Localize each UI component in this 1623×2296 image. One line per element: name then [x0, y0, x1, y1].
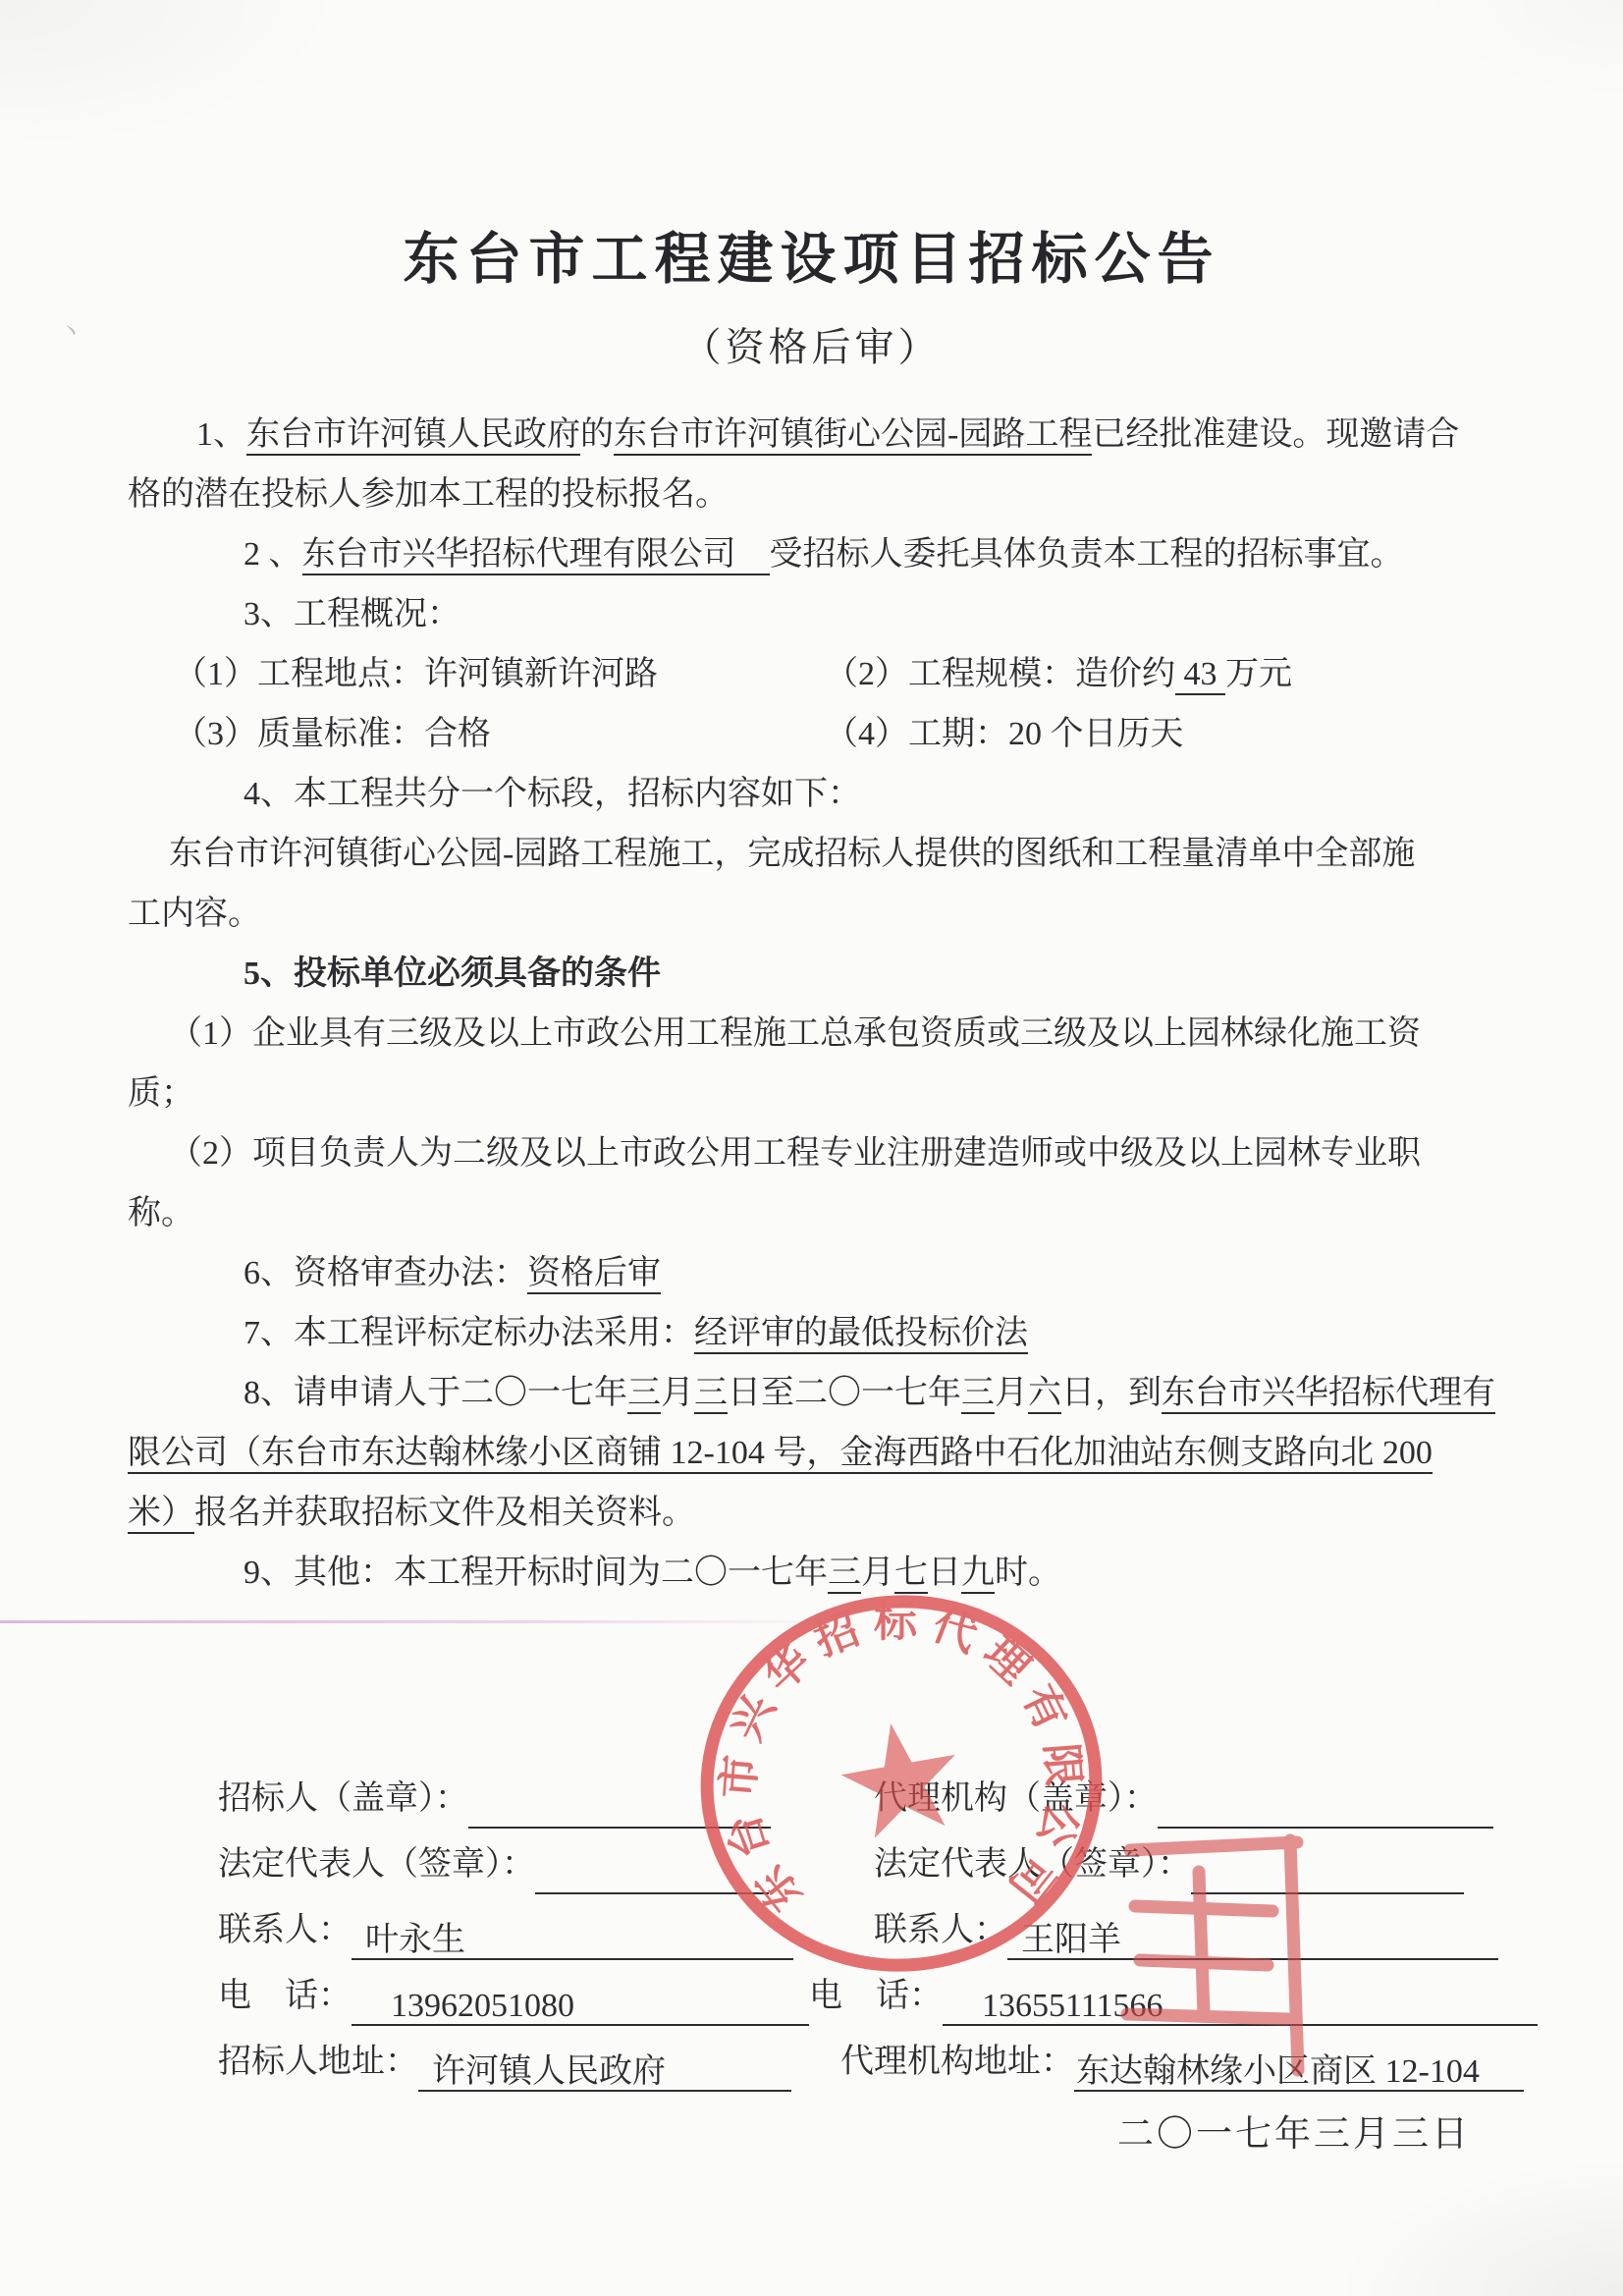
page-title: 东台市工程建设项目招标公告: [0, 214, 1623, 295]
text-segment: （4）工期：20 个日历天: [825, 716, 1184, 752]
bidder-address-field: 招标人地址：许河镇人民政府: [218, 2033, 840, 2099]
bidder-phone-value: 13962051080: [352, 1977, 809, 2026]
text-segment: 限公司（东台市东达翰林缘小区商铺 12-104 号，金海西路中石化加油站东侧支路…: [128, 1435, 1433, 1474]
bidder-address-label: 招标人地址：: [218, 2044, 418, 2080]
text-segment: 六: [1028, 1375, 1061, 1414]
agency-phone-value: 13655111566: [943, 1977, 1538, 2026]
text-segment: 4、本工程共分一个标段，招标内容如下：: [243, 776, 861, 812]
text-segment: 三: [627, 1375, 661, 1414]
text-segment: 受招标人委托具体负责本工程的招标事宜。: [770, 536, 1404, 573]
body-line: 8、请申请人于二〇一七年三月三日至二〇一七年三月六日，到东台市兴华招标代理有: [128, 1363, 1512, 1423]
signature-row: 招标人（盖章）： 代理机构（盖章）：: [218, 1770, 1524, 1835]
agency-seal-field: 代理机构（盖章）：: [874, 1770, 1524, 1835]
text-segment: 9、其他：本工程开标时间为二〇一七年: [243, 1555, 828, 1591]
body-line: （2）项目负责人为二级及以上市政公用工程专业注册建造师或中级及以上园林专业职: [128, 1123, 1512, 1183]
text-segment: 万元: [1225, 656, 1292, 692]
text-segment: 工内容。: [128, 896, 261, 932]
text-segment: 1、: [196, 416, 246, 453]
body-line: 3、工程概况：: [128, 584, 1512, 644]
body-line: 4、本工程共分一个标段，招标内容如下：: [128, 764, 1512, 824]
text-segment: 米）: [128, 1495, 194, 1534]
text-segment: 格的潜在投标人参加本工程的投标报名。: [128, 476, 729, 513]
signature-row: 联系人：叶永生 联系人：王阳羊: [218, 1901, 1524, 1967]
text-segment: 3、工程概况：: [243, 596, 460, 632]
text-segment: 日，到: [1061, 1375, 1162, 1411]
document-body: 1、东台市许河镇人民政府的东台市许河镇街心公园-园路工程已经批准建设。现邀请合格…: [128, 405, 1512, 1603]
agency-rep-label: 法定代表人（签章）：: [874, 1846, 1191, 1883]
text-segment: （1）企业具有三级及以上市政公用工程施工总承包资质或三级及以上园林绿化施工资: [169, 1015, 1421, 1052]
text-segment: 日: [928, 1555, 961, 1591]
text-segment: 三: [694, 1375, 728, 1414]
body-line: （1）工程地点：许河镇新许河路（2）工程规模：造价约 43 万元: [128, 644, 1512, 704]
body-line: 米）报名并获取招标文件及相关资料。: [128, 1483, 1512, 1543]
bidder-address-value: 许河镇人民政府: [418, 2043, 791, 2092]
text-segment: 经评审的最低投标价法: [694, 1315, 1028, 1354]
text-segment: 8、请申请人于二〇一七年: [243, 1375, 627, 1411]
body-line: 6、资格审查办法：资格后审: [128, 1243, 1512, 1303]
text-segment: （2）工程规模：造价约: [825, 656, 1175, 692]
bidder-rep-field: 法定代表人（签章）：: [218, 1835, 874, 1901]
bidder-phone-label: 电 话：: [218, 1978, 352, 2014]
text-segment: （1）工程地点：许河镇新许河路: [174, 656, 658, 692]
text-segment: 三: [961, 1375, 995, 1414]
document-date: 二〇一七年三月三日: [1117, 2104, 1471, 2157]
body-line: 2 、东台市兴华招标代理有限公司 受招标人委托具体负责本工程的招标事宜。: [128, 524, 1512, 584]
body-line: 质；: [128, 1064, 1512, 1123]
agency-contact-value: 王阳羊: [1007, 1911, 1498, 1960]
text-segment: 月: [661, 1375, 694, 1411]
body-line: 称。: [128, 1183, 1512, 1243]
signature-row: 招标人地址：许河镇人民政府 代理机构地址：东达翰林缘小区商区 12-104: [218, 2033, 1524, 2099]
text-segment: 东台市许河镇人民政府: [246, 416, 580, 456]
agency-seal-label: 代理机构（盖章）：: [874, 1780, 1158, 1817]
body-line: 5、投标单位必须具备的条件: [128, 944, 1512, 1004]
text-segment: 已经批准建设。现邀请合: [1092, 416, 1459, 453]
scan-crease-line: [0, 1620, 864, 1623]
text-segment: 东台市许河镇街心公园-园路工程施工，完成招标人提供的图纸和工程量清单中全部施: [169, 836, 1415, 872]
agency-rep-field: 法定代表人（签章）：: [874, 1835, 1524, 1901]
text-segment: 三: [828, 1555, 861, 1594]
text-segment: 资格后审: [527, 1255, 661, 1294]
agency-contact-field: 联系人：王阳羊: [874, 1901, 1524, 1967]
agency-contact-label: 联系人：: [874, 1912, 1007, 1948]
bidder-phone-field: 电 话：13962051080: [218, 1967, 809, 2033]
body-line: 限公司（东台市东达翰林缘小区商铺 12-104 号，金海西路中石化加油站东侧支路…: [128, 1423, 1512, 1483]
agency-rep-blank: [1191, 1849, 1464, 1894]
body-line: （1）企业具有三级及以上市政公用工程施工总承包资质或三级及以上园林绿化施工资: [128, 1004, 1512, 1064]
text-segment: 6、资格审查办法：: [243, 1255, 527, 1291]
text-segment: （3）质量标准：合格: [174, 716, 491, 752]
text-segment: 43: [1175, 656, 1225, 695]
signature-section: 招标人（盖章）： 代理机构（盖章）： 法定代表人（签章）： 法定代表人（签章）：…: [218, 1770, 1524, 2099]
body-column: （4）工期：20 个日历天: [825, 704, 1184, 764]
page-subtitle: （资格后审）: [0, 316, 1623, 372]
text-segment: 日至二〇一七年: [728, 1375, 961, 1411]
body-column: （3）质量标准：合格: [128, 704, 825, 764]
text-segment: （2）项目负责人为二级及以上市政公用工程专业注册建造师或中级及以上园林专业职: [169, 1135, 1421, 1172]
body-line: 1、东台市许河镇人民政府的东台市许河镇街心公园-园路工程已经批准建设。现邀请合: [128, 405, 1512, 465]
text-segment: 2 、: [243, 536, 302, 573]
text-segment: 的: [580, 416, 614, 453]
bidder-seal-field: 招标人（盖章）：: [218, 1770, 874, 1835]
bidder-contact-label: 联系人：: [218, 1912, 352, 1948]
body-line: 7、本工程评标定标办法采用：经评审的最低投标价法: [128, 1303, 1512, 1363]
scanned-document-page: 丶 东台市工程建设项目招标公告 （资格后审） 1、东台市许河镇人民政府的东台市许…: [0, 0, 1623, 2296]
body-line: （3）质量标准：合格（4）工期：20 个日历天: [128, 704, 1512, 764]
text-segment: 七: [894, 1555, 928, 1594]
agency-seal-blank: [1158, 1783, 1493, 1829]
agency-phone-label: 电 话：: [809, 1978, 943, 2014]
agency-address-value: 东达翰林缘小区商区 12-104: [1074, 2043, 1524, 2092]
signature-row: 法定代表人（签章）： 法定代表人（签章）：: [218, 1835, 1524, 1901]
bidder-seal-label: 招标人（盖章）：: [218, 1780, 468, 1817]
text-segment: 5、投标单位必须具备的条件: [243, 956, 661, 992]
text-segment: 报名并获取招标文件及相关资料。: [194, 1495, 695, 1531]
text-segment: 时。: [995, 1555, 1061, 1591]
text-segment: 东台市兴华招标代理有限公司: [302, 536, 770, 575]
text-segment: 九: [961, 1555, 995, 1594]
text-segment: 7、本工程评标定标办法采用：: [243, 1315, 694, 1351]
bidder-contact-value: 叶永生: [352, 1911, 793, 1960]
text-segment: 月: [995, 1375, 1028, 1411]
agency-address-field: 代理机构地址：东达翰林缘小区商区 12-104: [840, 2033, 1524, 2099]
body-line: 格的潜在投标人参加本工程的投标报名。: [128, 465, 1512, 524]
agency-phone-field: 电 话：13655111566: [809, 1967, 1538, 2033]
bidder-rep-blank: [535, 1849, 769, 1894]
bidder-rep-label: 法定代表人（签章）：: [218, 1846, 535, 1883]
text-segment: 质；: [128, 1075, 194, 1112]
bidder-contact-field: 联系人：叶永生: [218, 1901, 874, 1967]
body-column: （1）工程地点：许河镇新许河路: [128, 644, 825, 704]
text-segment: 东台市兴华招标代理有: [1162, 1375, 1495, 1414]
text-segment: 称。: [128, 1195, 194, 1231]
text-segment: 月: [861, 1555, 894, 1591]
body-line: 工内容。: [128, 884, 1512, 944]
agency-address-label: 代理机构地址：: [840, 2044, 1074, 2080]
text-segment: 东台市许河镇街心公园-园路工程: [614, 416, 1092, 456]
body-line: 东台市许河镇街心公园-园路工程施工，完成招标人提供的图纸和工程量清单中全部施: [128, 824, 1512, 884]
body-line: 9、其他：本工程开标时间为二〇一七年三月七日九时。: [128, 1543, 1512, 1603]
body-column: （2）工程规模：造价约 43 万元: [825, 644, 1292, 704]
bidder-seal-blank: [468, 1783, 771, 1829]
signature-row: 电 话：13962051080 电 话：13655111566: [218, 1967, 1524, 2033]
